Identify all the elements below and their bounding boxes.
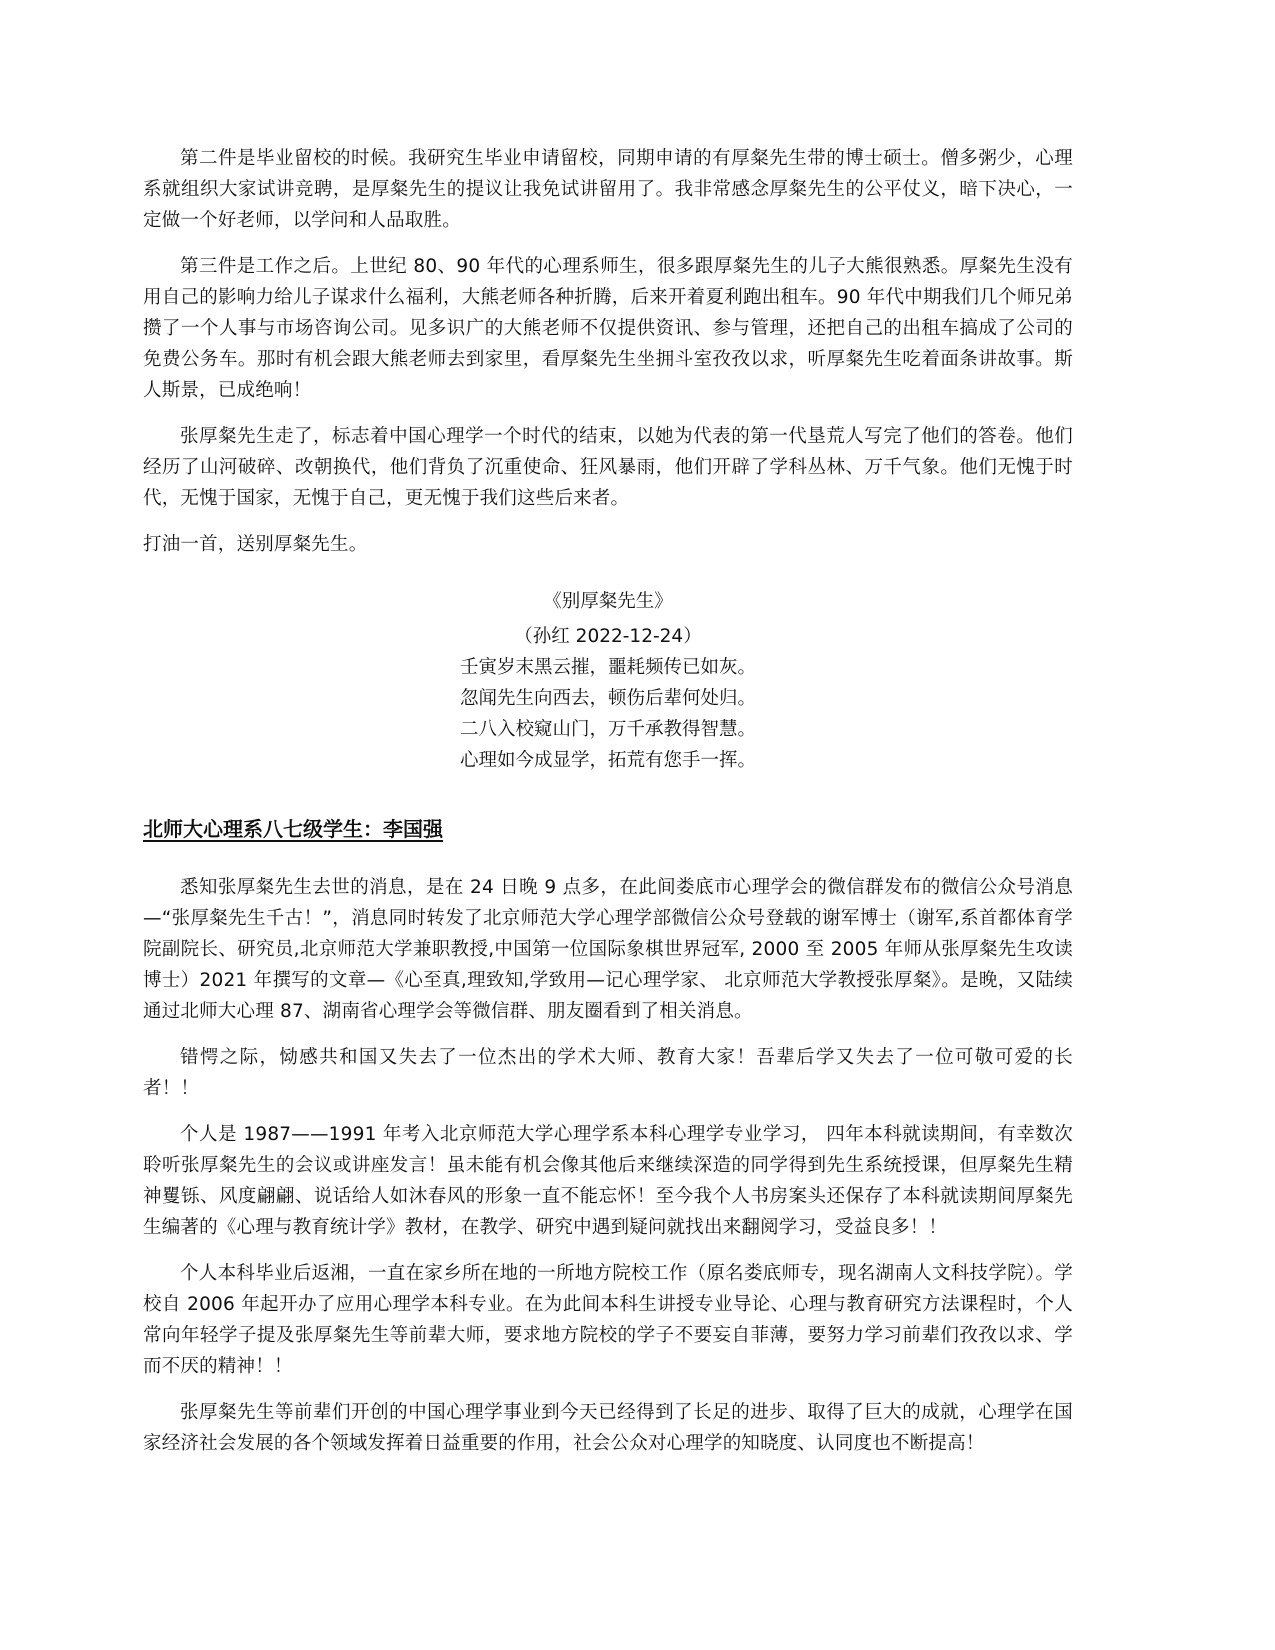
poem-block: 《别厚粲先生》 （孙红 2022-12-24） 壬寅岁末黑云摧，噩耗频传已如灰。… [143,586,1073,776]
document-page: 第二件是毕业留校的时候。我研究生毕业申请留校，同期申请的有厚粲先生带的博士硕士。… [143,143,1073,1474]
paragraph-graduation-story: 第二件是毕业留校的时候。我研究生毕业申请留校，同期申请的有厚粲先生带的博士硕士。… [143,143,1073,236]
poem-line: 心理如今成显学，拓荒有您手一挥。 [143,745,1073,776]
poem-title: 《别厚粲先生》 [143,586,1073,617]
section-heading-author: 北师大心理系八七级学生：李国强 [143,814,1073,845]
poem-intro-line: 打油一首，送别厚粲先生。 [143,529,1073,560]
poem-line: 忽闻先生向西去，顿伤后辈何处归。 [143,683,1073,714]
paragraph-mourning: 错愕之际，恸感共和国又失去了一位杰出的学术大师、教育大家！吾辈后学又失去了一位可… [143,1042,1073,1104]
poem-byline: （孙红 2022-12-24） [143,621,1073,652]
poem-line: 二八入校窥山门，万千承教得智慧。 [143,714,1073,745]
poem-line: 壬寅岁末黑云摧，噩耗频传已如灰。 [143,652,1073,683]
paragraph-career: 个人本科毕业后返湘，一直在家乡所在地的一所地方院校工作（原名娄底师专，现名湖南人… [143,1258,1073,1382]
paragraph-legacy: 张厚粲先生等前辈们开创的中国心理学事业到今天已经得到了长足的进步、取得了巨大的成… [143,1397,1073,1459]
paragraph-era-ending: 张厚粲先生走了，标志着中国心理学一个时代的结束，以她为代表的第一代垦荒人写完了他… [143,421,1073,514]
paragraph-undergrad-memory: 个人是 1987——1991 年考入北京师范大学心理学系本科心理学专业学习， 四… [143,1119,1073,1243]
paragraph-work-story: 第三件是工作之后。上世纪 80、90 年代的心理系师生，很多跟厚粲先生的儿子大熊… [143,251,1073,406]
paragraph-news-received: 悉知张厚粲先生去世的消息，是在 24 日晚 9 点多，在此间娄底市心理学会的微信… [143,872,1073,1027]
